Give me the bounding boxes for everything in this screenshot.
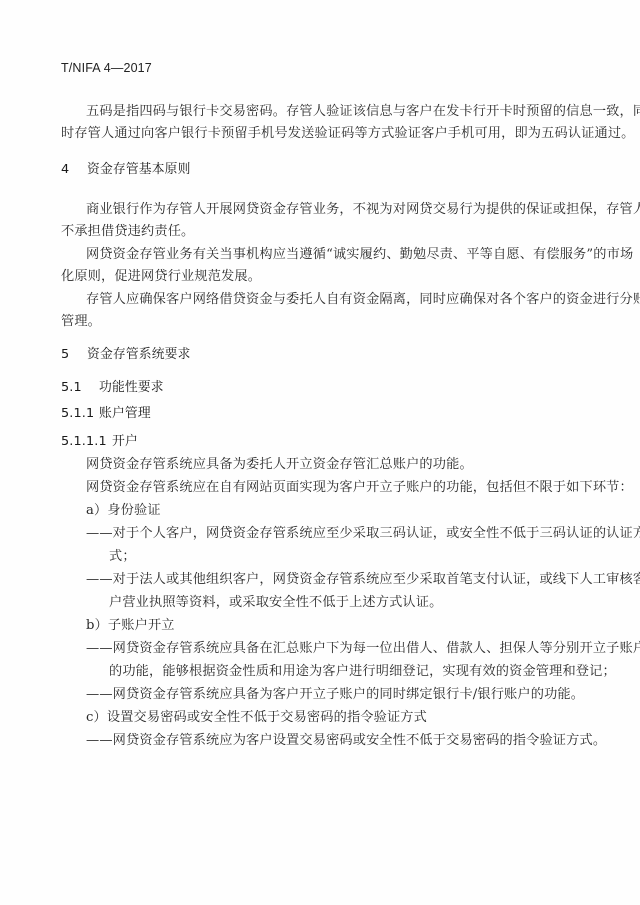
list-item-dash: ——网贷资金存管系统应为客户设置交易密码或安全性不低于交易密码的指令验证方式。 xyxy=(86,731,606,751)
paragraph-line: 化原则，促进网贷行业规范发展。 xyxy=(61,267,261,287)
list-item-continuation: 式； xyxy=(109,547,136,567)
list-item-continuation: 的功能，能够根据资金性质和用途为客户进行明细登记，实现有效的资金管理和登记； xyxy=(109,662,616,682)
list-item-dash: ——网贷资金存管系统应具备为客户开立子账户的同时绑定银行卡/银行账户的功能。 xyxy=(86,685,584,705)
section-heading-5: 5资金存管系统要求 xyxy=(61,345,191,365)
paragraph-line: 时存管人通过向客户银行卡预留手机号发送验证码等方式验证客户手机可用，即为五码认证… xyxy=(61,124,635,144)
paragraph-line: 网贷资金存管业务有关当事机构应当遵循“诚实履约、勤勉尽责、平等自愿、有偿服务”的… xyxy=(86,245,633,265)
document-id-header: T/NIFA 4—2017 xyxy=(61,58,152,78)
list-item-dash: ——对于个人客户，网贷资金存管系统应至少采取三码认证，或安全性不低于三码认证的认… xyxy=(86,524,640,544)
section-title: 资金存管系统要求 xyxy=(87,347,191,362)
section-number: 5.1.1 xyxy=(61,404,99,424)
paragraph-line: 五码是指四码与银行卡交易密码。存管人验证该信息与客户在发卡行开卡时预留的信息一致… xyxy=(86,102,640,122)
paragraph-line: 管理。 xyxy=(61,312,101,332)
paragraph-line: 存管人应确保客户网络借贷资金与委托人自有资金隔离，同时应确保对各个客户的资金进行… xyxy=(86,290,640,310)
paragraph-line: 网贷资金存管系统应具备为委托人开立资金存管汇总账户的功能。 xyxy=(86,455,473,475)
list-item-label: c）设置交易密码或安全性不低于交易密码的指令验证方式 xyxy=(86,708,427,728)
section-number: 5.1.1.1 xyxy=(61,432,112,452)
section-heading-4: 4资金存管基本原则 xyxy=(61,160,191,180)
section-number: 5.1 xyxy=(61,378,99,398)
section-title: 资金存管基本原则 xyxy=(87,162,191,177)
list-item-label: a）身份验证 xyxy=(86,501,161,521)
section-heading-5-1-1-1: 5.1.1.1开户 xyxy=(61,432,138,452)
paragraph-line: 商业银行作为存管人开展网贷资金存管业务，不视为对网贷交易行为提供的保证或担保，存… xyxy=(86,200,640,220)
list-item-label: b）子账户开立 xyxy=(86,616,175,636)
section-title: 开户 xyxy=(112,434,138,449)
paragraph-line: 网贷资金存管系统应在自有网站页面实现为客户开立子账户的功能，包括但不限于如下环节… xyxy=(86,478,633,498)
section-heading-5-1-1: 5.1.1账户管理 xyxy=(61,404,151,424)
section-title: 账户管理 xyxy=(99,406,151,421)
section-heading-5-1: 5.1功能性要求 xyxy=(61,378,164,398)
list-item-continuation: 户营业执照等资料，或采取安全性不低于上述方式认证。 xyxy=(109,593,442,613)
list-item-dash: ——对于法人或其他组织客户，网贷资金存管系统应至少采取首笔支付认证，或线下人工审… xyxy=(86,570,640,590)
section-title: 功能性要求 xyxy=(99,380,164,395)
section-number: 5 xyxy=(61,345,87,365)
list-item-dash: ——网贷资金存管系统应具备在汇总账户下为每一位出借人、借款人、担保人等分别开立子… xyxy=(86,639,640,659)
section-number: 4 xyxy=(61,160,87,180)
paragraph-line: 不承担借贷违约责任。 xyxy=(61,222,194,242)
document-page: T/NIFA 4—2017 五码是指四码与银行卡交易密码。存管人验证该信息与客户… xyxy=(0,0,640,905)
